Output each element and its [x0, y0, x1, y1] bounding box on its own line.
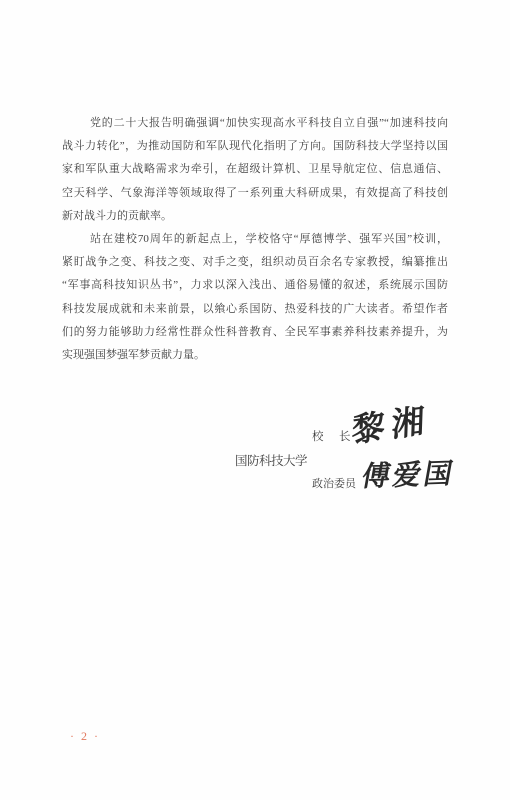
signature-political-commissar-handwriting: 傅爱国	[360, 461, 458, 492]
page-number: · 2 ·	[70, 729, 100, 743]
signature-role-political-commissar: 政治委员	[312, 478, 356, 490]
document-page: 党的二十大报告明确强调“加快实现高水平科技自立自强”“加速科技向战斗力转化”，为…	[0, 0, 510, 800]
signature-role-president: 校 长	[312, 431, 353, 443]
text-line: 站在建校70周年的新起点上，学校恪守“厚德博学、强军兴国”校训，	[62, 228, 448, 251]
text-line: “军事高科技知识丛书”，力求以深入浅出、通俗易懂的叙述，系统展示国防	[62, 274, 448, 297]
text-line: 紧盯战争之变、科技之变、对手之变，组织动员百余名专家教授，编纂推出	[62, 251, 448, 274]
body-text: 党的二十大报告明确强调“加快实现高水平科技自立自强”“加速科技向战斗力转化”，为…	[62, 112, 448, 367]
text-line: 党的二十大报告明确强调“加快实现高水平科技自立自强”“加速科技向	[62, 112, 448, 135]
text-line: 新对战斗力的贡献率。	[62, 205, 448, 228]
signature-institution: 国防科技大学	[235, 455, 307, 468]
text-line: 们的努力能够助力经常性群众性科普教育、全民军事素养科技素养提升，为	[62, 321, 448, 344]
text-line: 空天科学、气象海洋等领域取得了一系列重大科研成果，有效提高了科技创	[62, 182, 448, 205]
text-line: 科技发展成就和未来前景，以飨心系国防、热爱科技的广大读者。希望作者	[62, 298, 448, 321]
text-line: 实现强国梦强军梦贡献力量。	[62, 344, 448, 367]
signature-president-handwriting: 黎湘	[351, 405, 431, 450]
text-line: 家和军队重大战略需求为牵引，在超级计算机、卫星导航定位、信息通信、	[62, 158, 448, 181]
text-line: 战斗力转化”，为推动国防和军队现代化指明了方向。国防科技大学坚持以国	[62, 135, 448, 158]
